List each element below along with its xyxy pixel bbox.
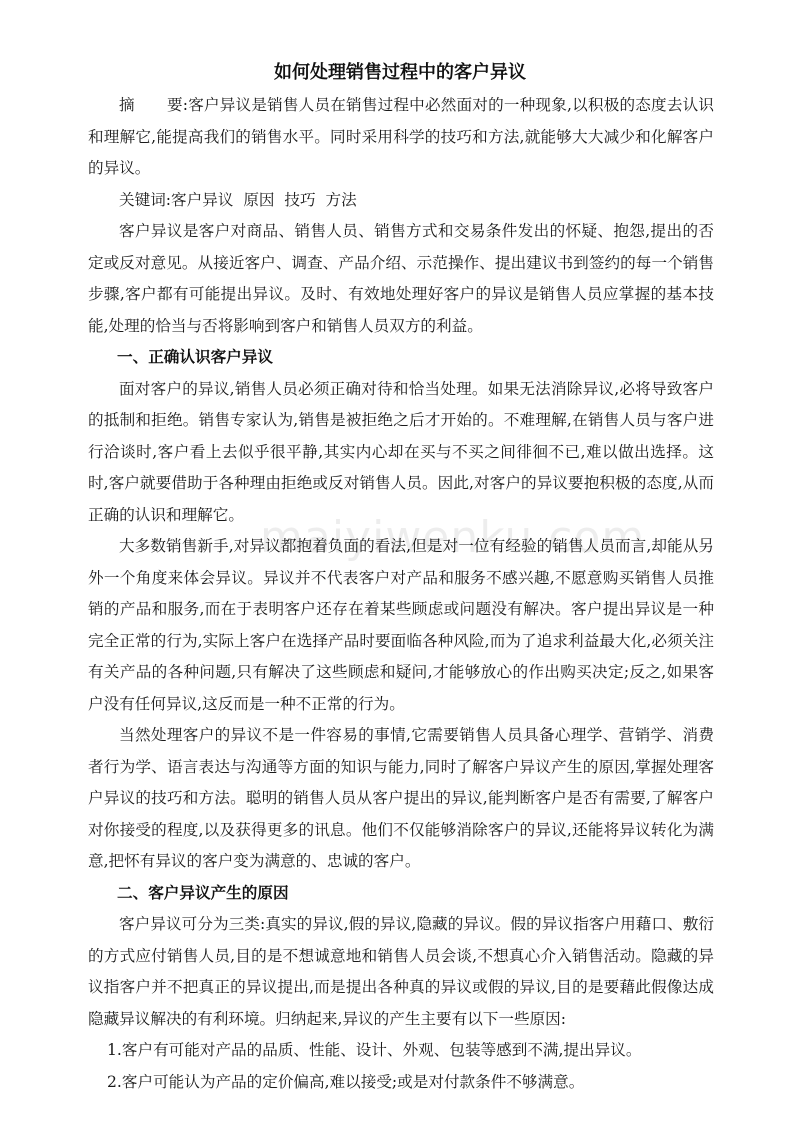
document-page: 如何处理销售过程中的客户异议 摘要:客户异议是销售人员在销售过程中必然面对的一种… xyxy=(0,0,800,1132)
abstract-label-right: 要: xyxy=(167,96,188,114)
list-item: 2.客户可能认为产品的定价偏高,难以接受;或是对付款条件不够满意。 xyxy=(88,1067,714,1099)
section-1-paragraph-3: 当然处理客户的异议不是一件容易的事情,它需要销售人员具备心理学、营销学、消费者行… xyxy=(88,720,714,878)
abstract-label-left: 摘 xyxy=(119,96,135,114)
section-heading-2: 二、客户异议产生的原因 xyxy=(88,878,714,910)
section-1-paragraph-2: 大多数销售新手,对异议都抱着负面的看法,但是对一位有经验的销售人员而言,却能从另… xyxy=(88,531,714,720)
abstract-paragraph: 摘要:客户异议是销售人员在销售过程中必然面对的一种现象,以积极的态度去认识和理解… xyxy=(88,90,714,185)
section-2-paragraph-1: 客户异议可分为三类:真实的异议,假的异议,隐藏的异议。假的异议指客户用藉口、敷衍… xyxy=(88,909,714,1035)
document-title: 如何处理销售过程中的客户异议 xyxy=(0,60,800,86)
abstract-label: 摘要: xyxy=(119,96,188,114)
document-body: 摘要:客户异议是销售人员在销售过程中必然面对的一种现象,以积极的态度去认识和理解… xyxy=(88,90,714,1098)
section-1-paragraph-1: 面对客户的异议,销售人员必须正确对待和恰当处理。如果无法消除异议,必将导致客户的… xyxy=(88,374,714,532)
section-heading-1: 一、正确认识客户异议 xyxy=(88,342,714,374)
intro-paragraph: 客户异议是客户对商品、销售人员、销售方式和交易条件发出的怀疑、抱怨,提出的否定或… xyxy=(88,216,714,342)
list-item: 1.客户有可能对产品的品质、性能、设计、外观、包装等感到不满,提出异议。 xyxy=(88,1035,714,1067)
keywords-line: 关键词:客户异议 原因 技巧 方法 xyxy=(88,185,714,217)
